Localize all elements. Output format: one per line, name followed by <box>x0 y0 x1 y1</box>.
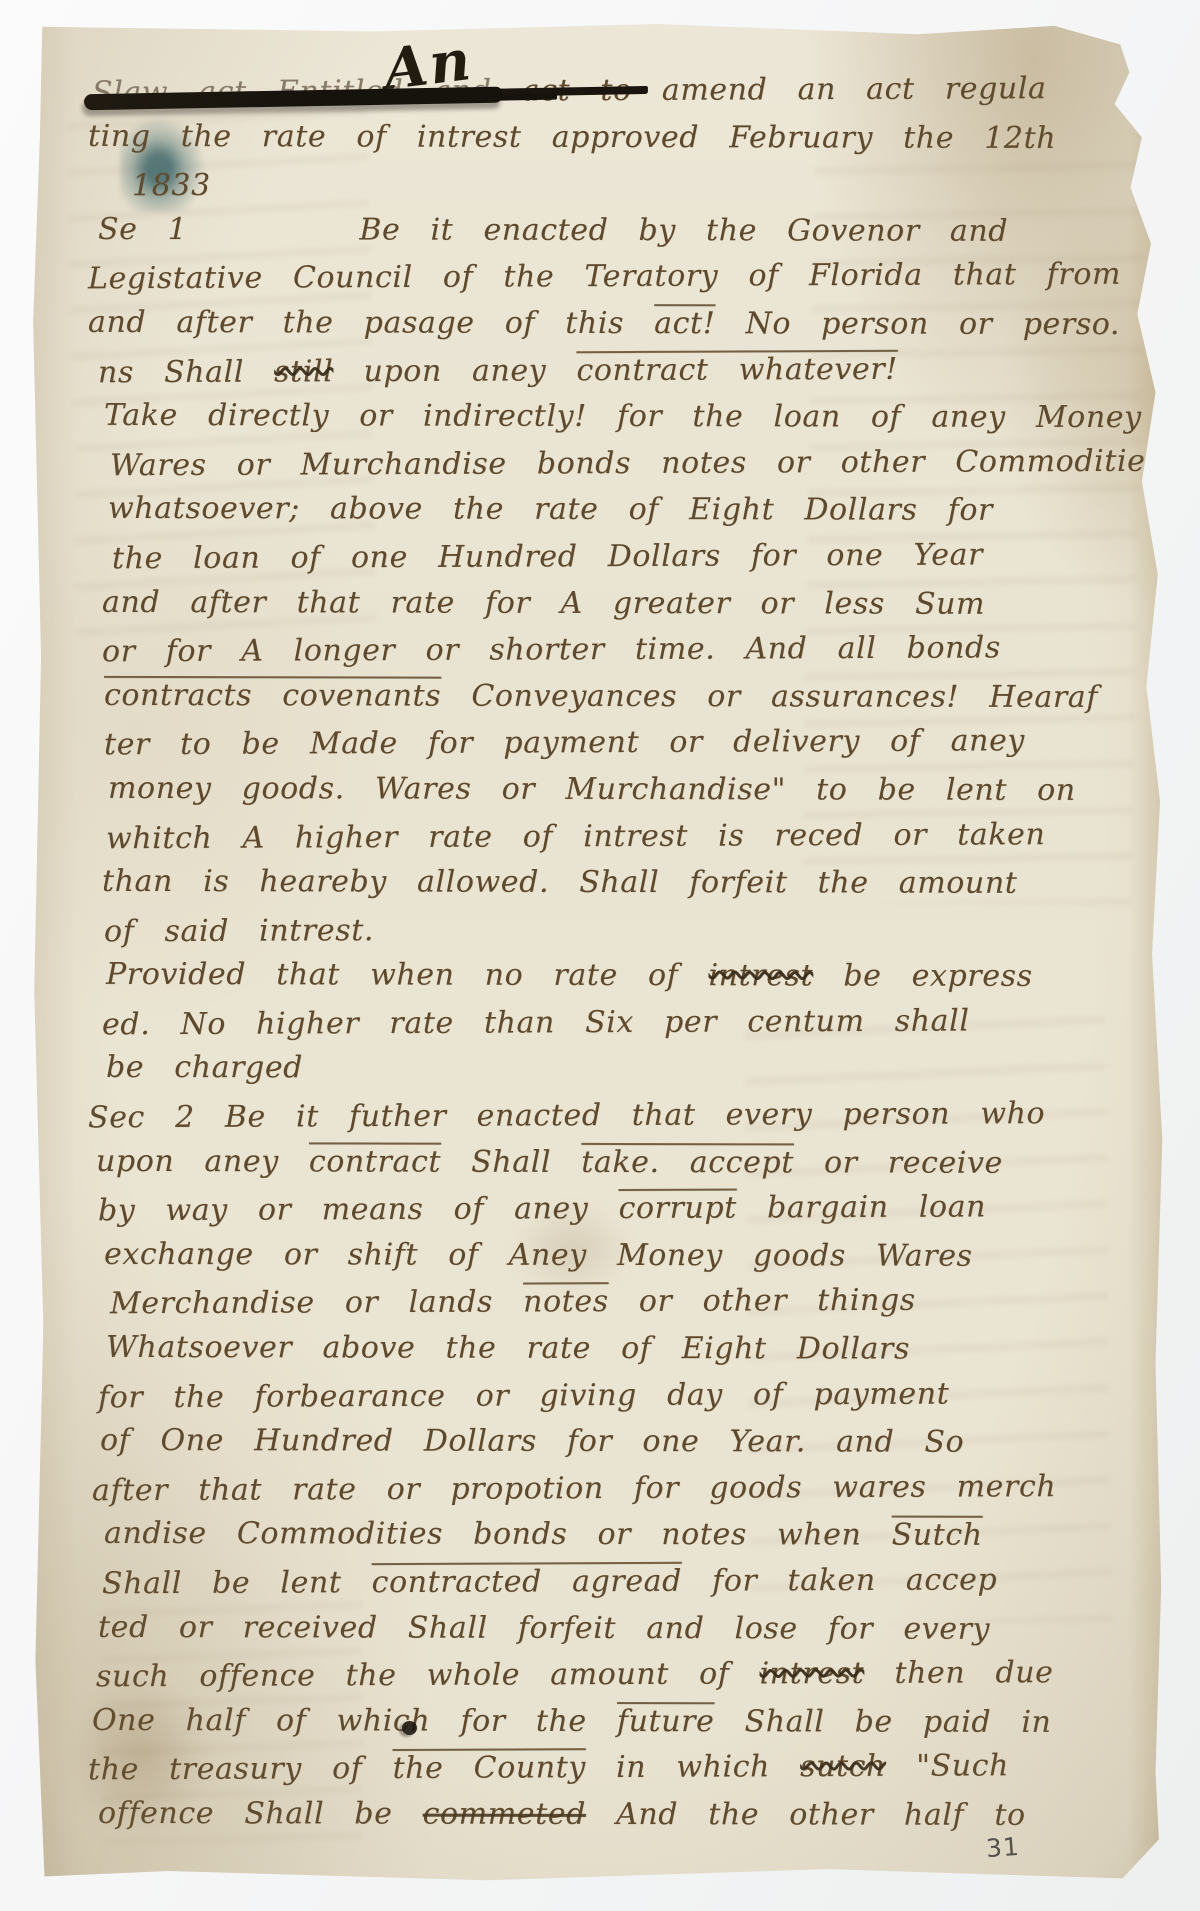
text-segment: And the other half to <box>586 1797 1026 1833</box>
manuscript-line: the loan of one Hundred Dollars for one … <box>112 532 1150 583</box>
text-segment: Take directly or indirectly! for the loa… <box>104 398 1142 435</box>
text-segment: notes <box>523 1285 609 1320</box>
text-segment: still <box>274 354 333 389</box>
text-segment: Sec 2 Be it futher enacted that every pe… <box>88 1096 1045 1135</box>
text-segment: contracts covenants <box>104 678 441 714</box>
text-segment: act to amend an act regula <box>491 71 1046 108</box>
manuscript-line: Provided that when no rate of intrest be… <box>106 952 1150 1001</box>
text-segment: such offence the whole amount of <box>96 1657 760 1695</box>
text-segment: the loan of one Hundred Dollars for one … <box>112 537 983 576</box>
text-segment: whitch A higher rate of intrest is reced… <box>106 817 1046 856</box>
manuscript-body: Slaw act Entitled and act to amend an ac… <box>88 68 1150 1839</box>
text-segment: Slaw act Entitled and <box>92 74 492 111</box>
text-segment: commeted <box>423 1797 586 1832</box>
text-segment: 1833 <box>132 168 211 203</box>
text-segment: Conveyances or assurances! Hearaf <box>441 678 1098 714</box>
manuscript-line: Shall be lent contracted agread for take… <box>102 1557 1150 1608</box>
text-segment: and after that rate for A greater or les… <box>102 584 985 621</box>
text-segment: Sutch <box>892 1518 983 1553</box>
manuscript-line: offence Shall be commeted And the other … <box>98 1791 1150 1840</box>
text-segment: the County <box>392 1751 585 1787</box>
text-segment: "Such <box>886 1749 1009 1785</box>
manuscript-line: such offence the whole amount of intrest… <box>96 1650 1150 1701</box>
manuscript-line: Slaw act Entitled and act to amend an ac… <box>92 66 1150 117</box>
text-segment: andise Commodities bonds or notes when <box>104 1516 892 1553</box>
text-segment: Shall <box>441 1144 581 1179</box>
text-segment: whatsoever; above the rate of Eight Doll… <box>108 491 993 528</box>
text-segment: upon aney <box>333 353 576 389</box>
manuscript-line: or for A longer or shorter time. And all… <box>102 625 1150 676</box>
text-segment: and after the pasage of this <box>88 305 654 341</box>
text-segment: Provided that when no rate of <box>106 957 709 993</box>
manuscript-line: of said intrest. <box>104 904 1150 955</box>
text-segment: be charged <box>106 1050 303 1085</box>
manuscript-line: be charged <box>106 1045 1150 1094</box>
text-segment: ter to be Made for payment or delivery o… <box>104 724 1025 763</box>
manuscript-line: the treasury of the County in which sutc… <box>88 1743 1150 1794</box>
text-segment: contract <box>309 1144 441 1179</box>
text-segment: ting the rate of intrest approved Februa… <box>88 118 1056 155</box>
text-segment: corrupt <box>618 1191 736 1227</box>
text-segment: act! <box>654 306 715 341</box>
manuscript-line: Whatsoever above the rate of Eight Dolla… <box>106 1325 1150 1374</box>
manuscript-paper: An Slaw act Entitled and act to amend an… <box>32 24 1168 1884</box>
text-segment: upon aney <box>96 1144 309 1179</box>
text-segment: Be it enacted by the Govenor and <box>359 212 1008 248</box>
manuscript-line: and after that rate for A greater or les… <box>102 579 1150 628</box>
manuscript-line: Legistative Council of the Teratory of F… <box>88 252 1150 303</box>
text-segment: the treasury of <box>88 1751 393 1787</box>
text-segment: then due <box>864 1655 1053 1691</box>
manuscript-line: Wares or Murchandise bonds notes or othe… <box>110 438 1150 489</box>
text-segment: Legistative Council of the Teratory of F… <box>88 257 1121 297</box>
manuscript-line: after that rate or propotion for goods w… <box>92 1464 1150 1515</box>
manuscript-line: of One Hundred Dollars for one Year. and… <box>100 1418 1150 1467</box>
text-segment: Shall be lent <box>102 1565 372 1601</box>
manuscript-line: than is heareby allowed. Shall forfeit t… <box>102 859 1150 908</box>
text-segment: after that rate or propotion for goods w… <box>92 1469 1056 1508</box>
text-segment: or other things <box>609 1283 916 1319</box>
text-segment: money goods. Wares or Murchandise" to be… <box>108 771 1076 808</box>
page-number: 31 <box>985 1832 1021 1863</box>
text-segment: contracted agread <box>372 1564 682 1600</box>
manuscript-line: money goods. Wares or Murchandise" to be… <box>108 766 1150 815</box>
text-segment: ted or received Shall forfeit and lose f… <box>98 1609 990 1646</box>
text-segment: for taken accep <box>682 1562 998 1598</box>
manuscript-line: whitch A higher rate of intrest is reced… <box>106 811 1150 862</box>
manuscript-line: contracts covenants Conveyances or assur… <box>104 673 1150 722</box>
text-segment: exchange or shift of Aney Money goods Wa… <box>104 1237 973 1274</box>
manuscript-line: upon aney contract Shall take. accept or… <box>96 1139 1150 1188</box>
text-segment: in which <box>586 1750 800 1786</box>
text-segment: sutch <box>800 1749 886 1784</box>
text-segment: than is heareby allowed. Shall forfeit t… <box>102 864 1018 901</box>
manuscript-line: ting the rate of intrest approved Februa… <box>88 113 1150 162</box>
text-segment: contract whatever! <box>576 351 898 387</box>
manuscript-line: and after the pasage of this act! No per… <box>88 300 1150 349</box>
text-segment: offence Shall be <box>98 1796 423 1832</box>
text-segment: bargain loan <box>737 1190 986 1226</box>
text-segment: ns Shall <box>98 354 274 390</box>
manuscript-line: One half of which for the future Shall b… <box>92 1698 1150 1747</box>
manuscript-line: exchange or shift of Aney Money goods Wa… <box>104 1232 1150 1281</box>
text-segment: of One Hundred Dollars for one Year. and… <box>100 1423 964 1460</box>
manuscript-line: 1833 <box>132 159 1150 210</box>
text-segment: Merchandise or lands <box>110 1285 523 1322</box>
manuscript-line: Se 1Be it enacted by the Govenor and <box>98 207 1150 256</box>
text-segment: for the forbearance or giving day of pay… <box>98 1376 949 1415</box>
text-segment: or receive <box>794 1145 1003 1180</box>
text-segment: be express <box>813 959 1032 994</box>
text-segment: future <box>617 1704 715 1739</box>
manuscript-line: whatsoever; above the rate of Eight Doll… <box>108 486 1150 535</box>
text-segment: No person or perso. <box>715 306 1120 342</box>
text-segment: ed. No higher rate than Six per centum s… <box>102 1003 970 1042</box>
manuscript-line: ter to be Made for payment or delivery o… <box>104 718 1150 769</box>
text-segment: Whatsoever above the rate of Eight Dolla… <box>106 1330 910 1367</box>
manuscript-line: Merchandise or lands notes or other thin… <box>110 1277 1150 1328</box>
manuscript-line: ns Shall still upon aney contract whatev… <box>98 345 1150 396</box>
text-segment: intrest <box>759 1656 864 1691</box>
text-segment: by way or means of aney <box>98 1191 619 1228</box>
manuscript-line: for the forbearance or giving day of pay… <box>98 1370 1150 1421</box>
text-segment: Se 1 <box>98 212 187 247</box>
text-segment: Wares or Murchandise bonds notes or othe… <box>110 443 1162 483</box>
manuscript-line: andise Commodities bonds or notes when S… <box>104 1511 1150 1560</box>
manuscript-line: ted or received Shall forfeit and lose f… <box>98 1604 1150 1653</box>
manuscript-line: Sec 2 Be it futher enacted that every pe… <box>88 1091 1150 1142</box>
manuscript-line: by way or means of aney corrupt bargain … <box>98 1184 1150 1235</box>
text-segment: One half of which for the <box>92 1703 617 1739</box>
manuscript-line: Take directly or indirectly! for the loa… <box>104 393 1150 442</box>
text-segment: take. accept <box>581 1145 794 1180</box>
text-segment: of said intrest. <box>104 913 374 949</box>
scan-background: { "page": { "description": "Handwritten … <box>0 0 1200 1911</box>
text-segment: intrest <box>708 958 813 993</box>
manuscript-line: ed. No higher rate than Six per centum s… <box>102 998 1150 1049</box>
text-segment: Shall be paid in <box>714 1704 1051 1740</box>
text-segment: or for A longer or shorter time. And all… <box>102 630 1001 669</box>
